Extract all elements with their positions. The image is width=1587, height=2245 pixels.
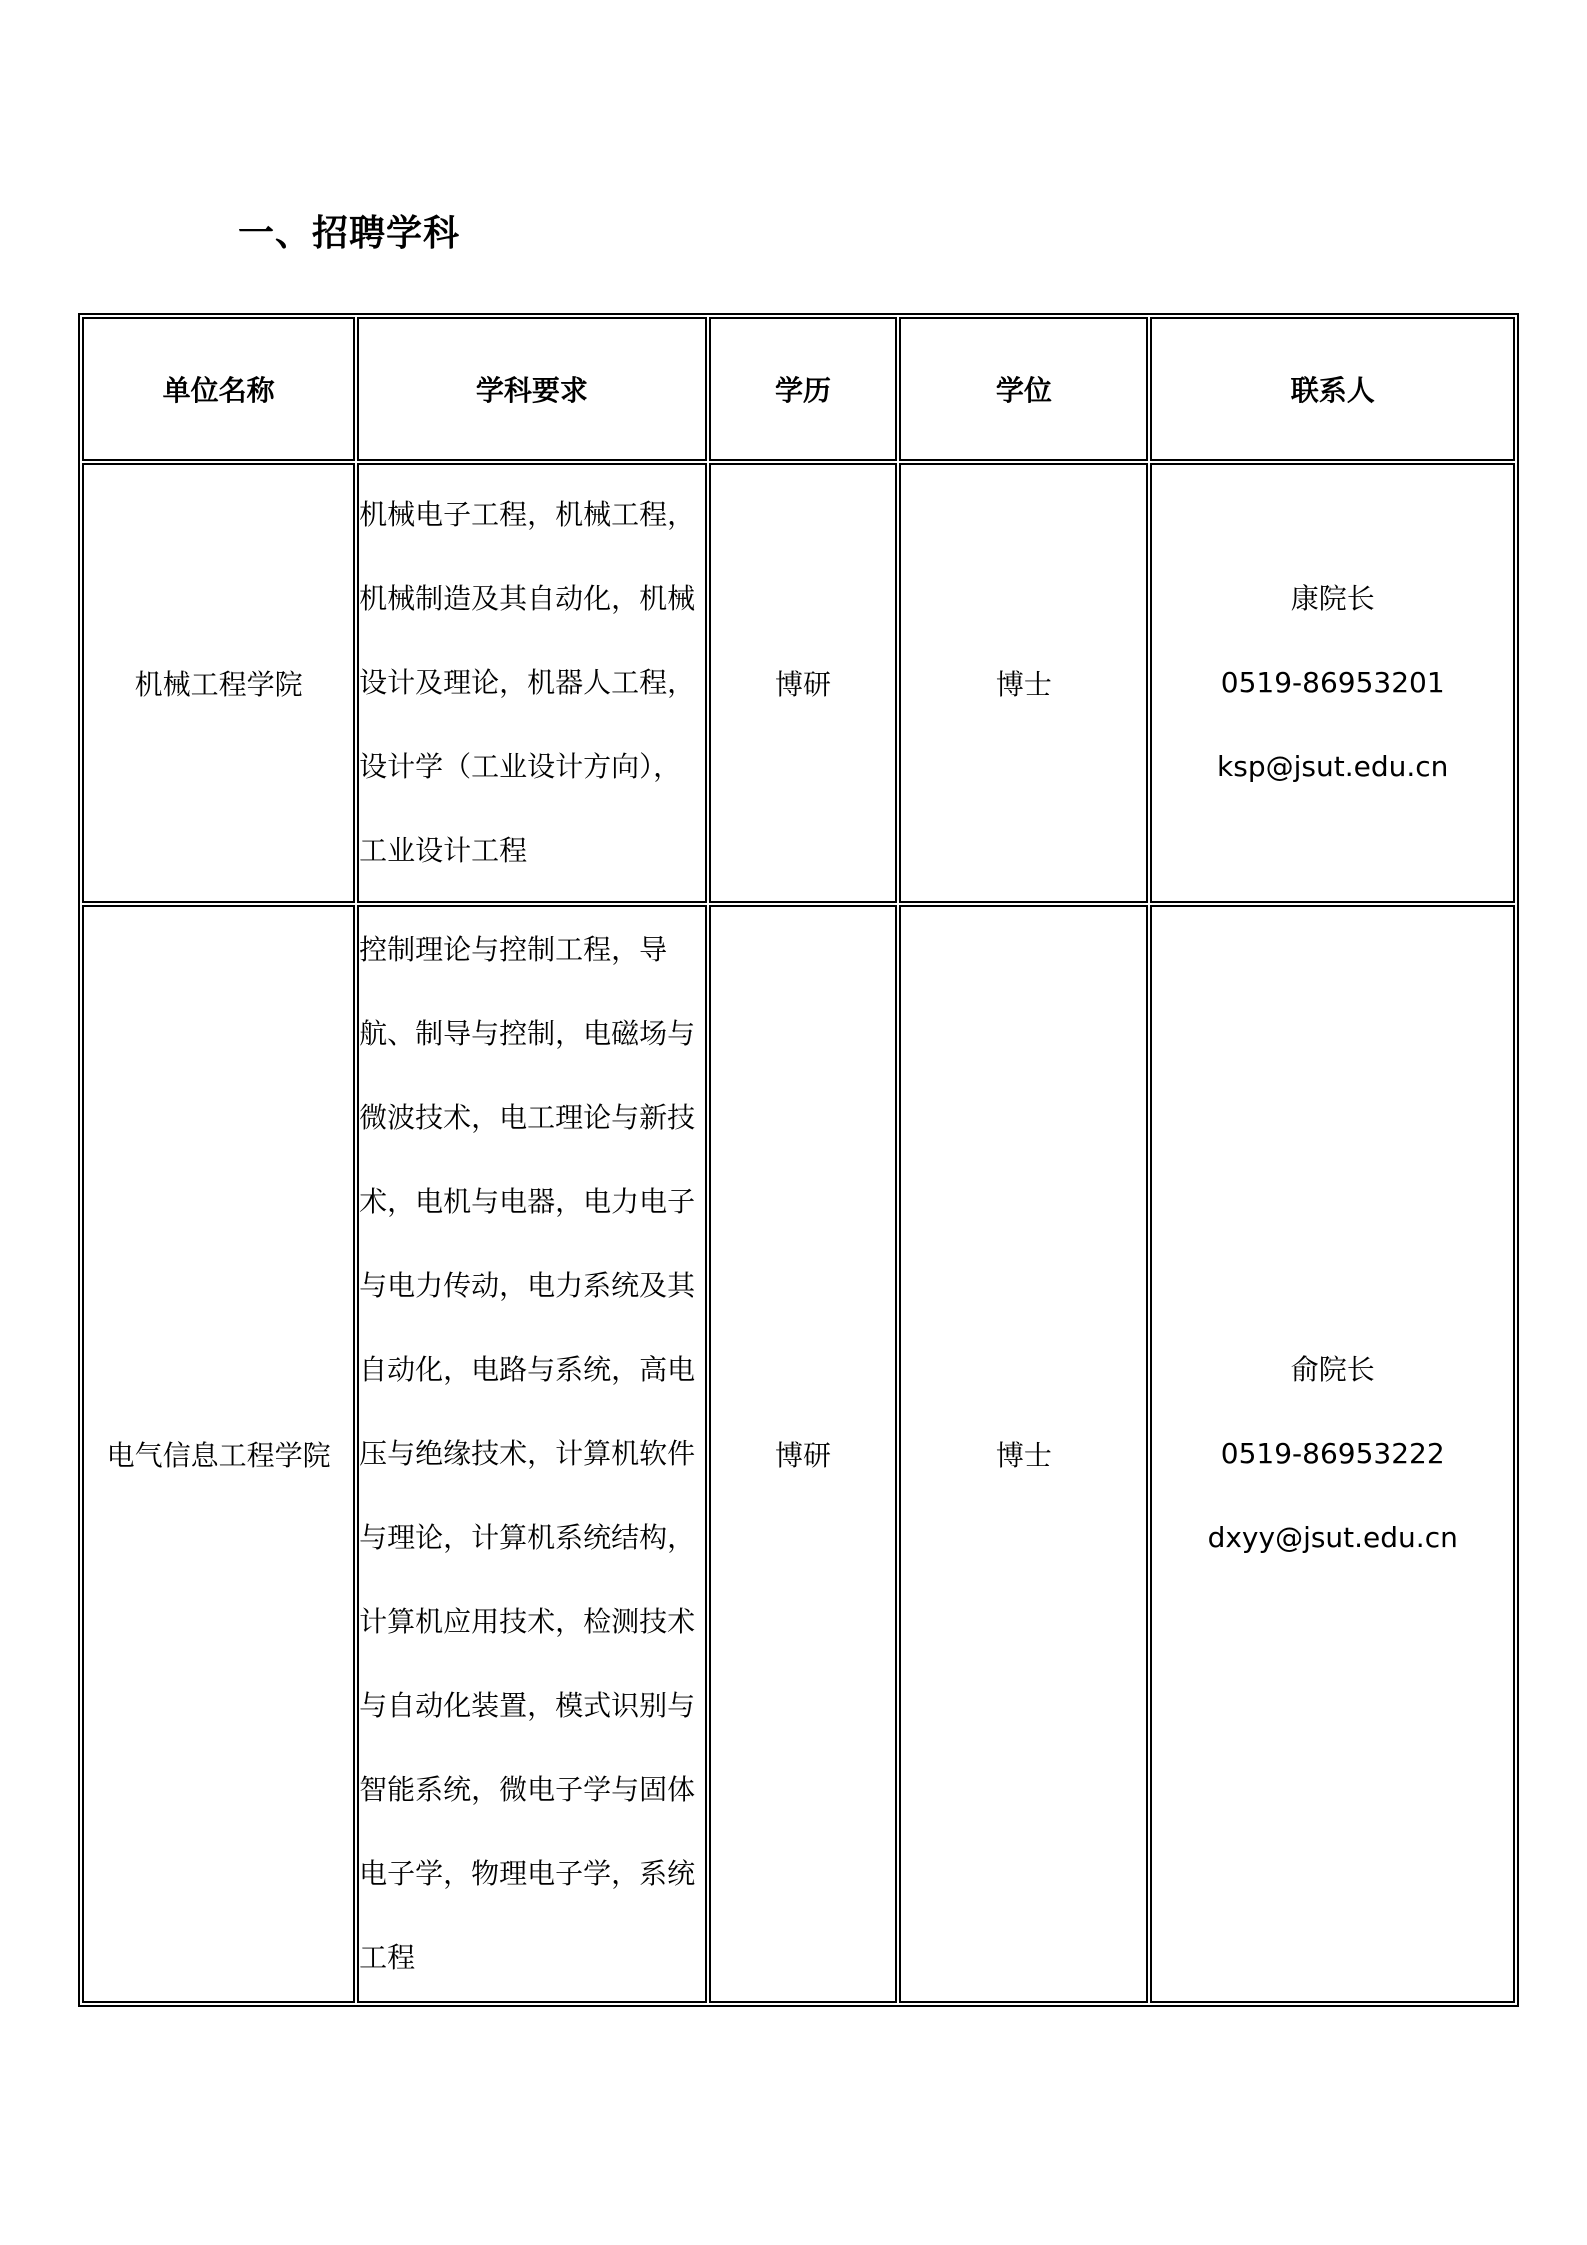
degree-cell: 博士 [899, 905, 1148, 2003]
unit-cell: 机械工程学院 [82, 463, 355, 903]
contact-phone: 0519-86953222 [1152, 1412, 1513, 1496]
degree-cell: 博士 [899, 463, 1148, 903]
unit-cell: 电气信息工程学院 [82, 905, 355, 2003]
contact-email: ksp@jsut.edu.cn [1152, 725, 1513, 809]
table-row: 机械工程学院 机械电子工程，机械工程，机械制造及其自动化，机械设计及理论，机器人… [82, 463, 1515, 903]
contact-cell: 俞院长 0519-86953222 dxyy@jsut.edu.cn [1150, 905, 1515, 2003]
subjects-cell: 机械电子工程，机械工程，机械制造及其自动化，机械设计及理论，机器人工程，设计学（… [357, 463, 706, 903]
header-degree: 学位 [899, 317, 1148, 461]
recruitment-table: 单位名称 学科要求 学历 学位 联系人 机械工程学院 机械电子工程，机械工程，机… [78, 313, 1519, 2007]
contact-name: 康院长 [1152, 557, 1513, 641]
table-row: 电气信息工程学院 控制理论与控制工程，导航、制导与控制，电磁场与微波技术，电工理… [82, 905, 1515, 2003]
education-cell: 博研 [709, 463, 898, 903]
contact-cell: 康院长 0519-86953201 ksp@jsut.edu.cn [1150, 463, 1515, 903]
header-contact: 联系人 [1150, 317, 1515, 461]
section-title: 一、招聘学科 [238, 210, 460, 258]
contact-phone: 0519-86953201 [1152, 641, 1513, 725]
header-subjects: 学科要求 [357, 317, 706, 461]
education-cell: 博研 [709, 905, 898, 2003]
table-header-row: 单位名称 学科要求 学历 学位 联系人 [82, 317, 1515, 461]
contact-email: dxyy@jsut.edu.cn [1152, 1496, 1513, 1580]
header-education: 学历 [709, 317, 898, 461]
contact-name: 俞院长 [1152, 1328, 1513, 1412]
subjects-cell: 控制理论与控制工程，导航、制导与控制，电磁场与微波技术，电工理论与新技术，电机与… [357, 905, 706, 2003]
header-unit: 单位名称 [82, 317, 355, 461]
